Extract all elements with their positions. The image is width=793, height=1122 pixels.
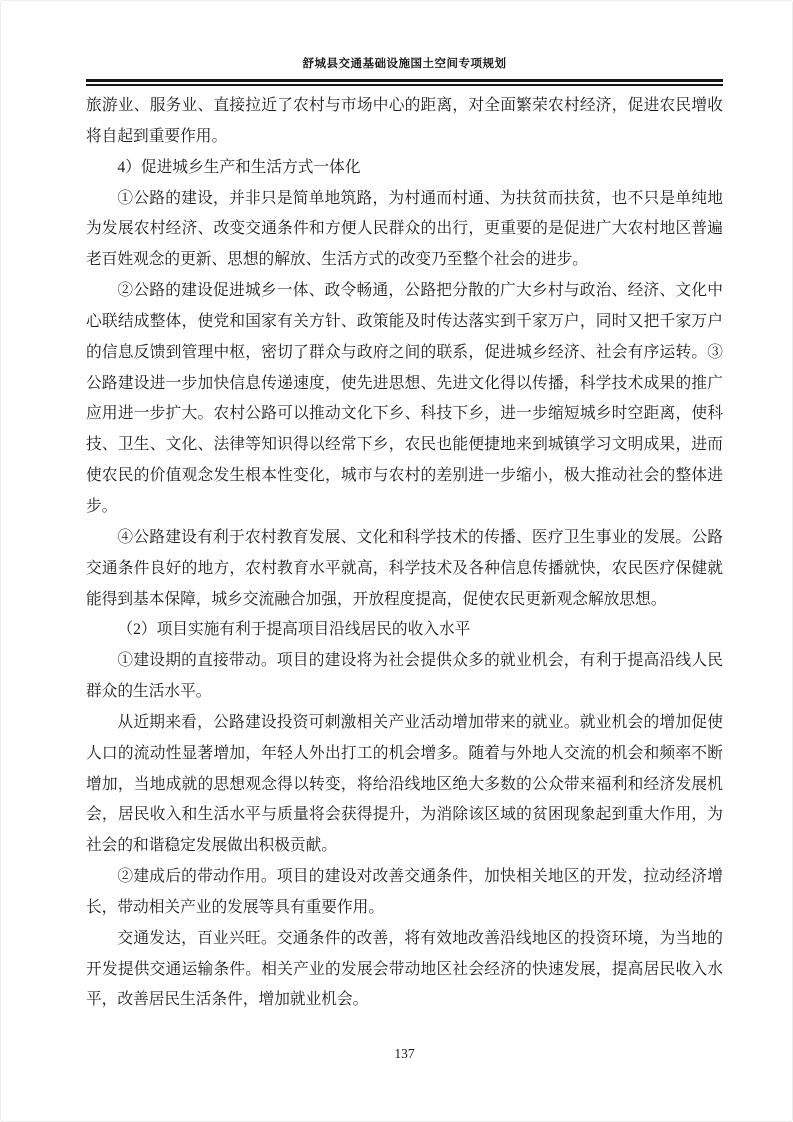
paragraph: ②公路的建设促进城乡一体、政令畅通，公路把分散的广大乡村与政治、经济、文化中心联… <box>86 276 723 523</box>
text-line: 使农民的价值观念发生根本性变化，城市与农村的差别进一步缩小，极大推动社会的整体进 <box>86 461 723 492</box>
paragraph: ②建成后的带动作用。项目的建设对改善交通条件，加快相关地区的开发，拉动经济增长，… <box>86 862 723 924</box>
text-line: 技、卫生、文化、法律等知识得以经常下乡，农民也能便捷地来到城镇学习文明成果，进而 <box>86 430 723 461</box>
text-line: 老百姓观念的更新、思想的解放、生活方式的改变乃至整个社会的进步。 <box>86 245 723 276</box>
paragraph: （2）项目实施有利于提高项目沿线居民的收入水平 <box>86 615 723 646</box>
text-line: 交通发达，百业兴旺。交通条件的改善，将有效地改善沿线地区的投资环境，为当地的 <box>86 924 723 955</box>
page-header: 舒城县交通基础设施国土空间专项规划 <box>86 56 723 72</box>
text-line: 的信息反馈到管理中枢，密切了群众与政府之间的联系，促进城乡经济、社会有序运转。③ <box>86 338 723 369</box>
paragraph: 从近期来看，公路建设投资可刺激相关产业活动增加带来的就业。就业机会的增加促使人口… <box>86 708 723 862</box>
header-rule <box>86 79 723 86</box>
text-line: 旅游业、服务业、直接拉近了农村与市场中心的距离，对全面繁荣农村经济，促进农民增收 <box>86 91 723 122</box>
text-line: 心联结成整体，使党和国家有关方针、政策能及时传达落实到千家万户，同时又把千家万户 <box>86 307 723 338</box>
text-line: 为发展农村经济、改变交通条件和方便人民群众的出行，更重要的是促进广大农村地区普遍 <box>86 214 723 245</box>
text-line: 长，带动相关产业的发展等具有重要作用。 <box>86 893 723 924</box>
text-line: ②公路的建设促进城乡一体、政令畅通，公路把分散的广大乡村与政治、经济、文化中 <box>86 276 723 307</box>
text-line: 从近期来看，公路建设投资可刺激相关产业活动增加带来的就业。就业机会的增加促使 <box>86 708 723 739</box>
paragraph: ①公路的建设，并非只是简单地筑路，为村通而村通、为扶贫而扶贫，也不只是单纯地为发… <box>86 184 723 277</box>
text-line: 开发提供交通运输条件。相关产业的发展会带动地区社会经济的快速发展，提高居民收入水 <box>86 955 723 986</box>
text-line: 应用进一步扩大。农村公路可以推动文化下乡、科技下乡，进一步缩短城乡时空距离，使科 <box>86 399 723 430</box>
paragraph: 交通发达，百业兴旺。交通条件的改善，将有效地改善沿线地区的投资环境，为当地的开发… <box>86 924 723 1017</box>
paragraph: ④公路建设有利于农村教育发展、文化和科学技术的传播、医疗卫生事业的发展。公路交通… <box>86 523 723 616</box>
page-footer: 137 <box>86 1045 723 1063</box>
text-line: 平，改善居民生活条件，增加就业机会。 <box>86 985 723 1016</box>
text-line: ④公路建设有利于农村教育发展、文化和科学技术的传播、医疗卫生事业的发展。公路 <box>86 523 723 554</box>
text-line: 交通条件良好的地方，农村教育水平就高，科学技术及各种信息传播就快，农民医疗保健就 <box>86 554 723 585</box>
text-line: 社会的和谐稳定发展做出积极贡献。 <box>86 831 723 862</box>
text-line: （2）项目实施有利于提高项目沿线居民的收入水平 <box>86 615 723 646</box>
text-line: 能得到基本保障，城乡交流融合加强，开放程度提高，促使农民更新观念解放思想。 <box>86 585 723 616</box>
paragraph: 旅游业、服务业、直接拉近了农村与市场中心的距离，对全面繁荣农村经济，促进农民增收… <box>86 91 723 153</box>
paragraph: ①建设期的直接带动。项目的建设将为社会提供众多的就业机会，有利于提高沿线人民群众… <box>86 646 723 708</box>
text-line: 人口的流动性显著增加，年轻人外出打工的机会增多。随着与外地人交流的机会和频率不断 <box>86 739 723 770</box>
document-body: 旅游业、服务业、直接拉近了农村与市场中心的距离，对全面繁荣农村经济，促进农民增收… <box>86 91 723 1016</box>
text-line: 增加，当地成就的思想观念得以转变，将给沿线地区绝大多数的公众带来福利和经济发展机 <box>86 770 723 801</box>
header-title: 舒城县交通基础设施国土空间专项规划 <box>86 56 723 72</box>
page-number: 137 <box>394 1046 414 1061</box>
text-line: 会，居民收入和生活水平与质量将会获得提升，为消除该区域的贫困现象起到重大作用，为 <box>86 800 723 831</box>
text-line: ①建设期的直接带动。项目的建设将为社会提供众多的就业机会，有利于提高沿线人民 <box>86 646 723 677</box>
text-line: 将自起到重要作用。 <box>86 122 723 153</box>
text-line: ②建成后的带动作用。项目的建设对改善交通条件，加快相关地区的开发，拉动经济增 <box>86 862 723 893</box>
text-line: 群众的生活水平。 <box>86 677 723 708</box>
paragraph: 4）促进城乡生产和生活方式一体化 <box>86 153 723 184</box>
text-line: 4）促进城乡生产和生活方式一体化 <box>86 153 723 184</box>
text-line: ①公路的建设，并非只是简单地筑路，为村通而村通、为扶贫而扶贫，也不只是单纯地 <box>86 184 723 215</box>
document-page: 舒城县交通基础设施国土空间专项规划 旅游业、服务业、直接拉近了农村与市场中心的距… <box>0 0 793 1122</box>
text-line: 步。 <box>86 492 723 523</box>
text-line: 公路建设进一步加快信息传递速度，使先进思想、先进文化得以传播，科学技术成果的推广 <box>86 369 723 400</box>
